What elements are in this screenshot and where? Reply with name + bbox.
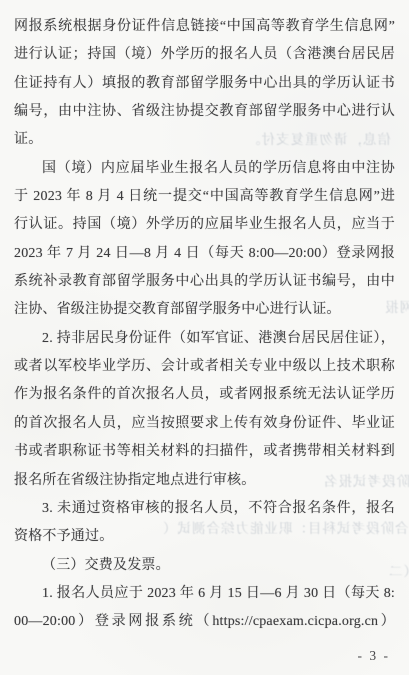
text-line: 或者以军校毕业学历、会计或者相关专业中级以上技术职称 [14, 353, 395, 381]
text-line: 00—20:00）登录网报系统（https://cpaexam.cicpa.or… [14, 608, 395, 636]
text-line: 系统补录教育部留学服务中心出具的学历认证书编号，由中 [14, 268, 395, 296]
text-line: 的首次报名人员，应当按照要求上传有效身份证件、毕业证 [14, 410, 395, 438]
text-line: 于 2023 年 8 月 4 日统一提交“中国高等教育学生信息网”进 [14, 183, 395, 211]
text-line: 书或者职称证书等相关材料的扫描件，或者携带相关材料到 [14, 438, 395, 466]
text-line: 网报系统根据身份证件信息链接“中国高等教育学生信息网” [14, 13, 395, 41]
text-line: （三）交费及发票。 [14, 552, 395, 580]
text-line: 3. 未通过资格审核的报名人员，不符合报名条件，报名 [14, 495, 395, 523]
text-line: 进行认证；持国（境）外学历的报名人员（含港澳台居民居 [14, 41, 395, 69]
text-line: 编号，由中注协、省级注协提交教育部留学服务中心进行认 [14, 98, 395, 126]
text-line: 住证持有人）填报的教育部留学服务中心出具的学历认证书 [14, 70, 395, 98]
document-text: 网报系统根据身份证件信息链接“中国高等教育学生信息网”进行认证；持国（境）外学历… [14, 13, 395, 637]
text-line: 作为报名条件的首次报名人员，或者网报系统无法认证学历 [14, 381, 395, 409]
text-line: 行认证。持国（境）外学历的应届毕业生报名人员，应当于 [14, 211, 395, 239]
text-line: 注协、省级注协提交教育部留学服务中心进行认证。 [14, 296, 395, 324]
text-line: 资格不予通过。 [14, 523, 395, 551]
text-line: 国（境）内应届毕业生报名人员的学历信息将由中注协 [14, 155, 395, 183]
text-line: 证。 [14, 126, 395, 154]
page-number: - 3 - [358, 648, 391, 664]
text-line: 报名所在省级注协指定地点进行审核。 [14, 467, 395, 495]
text-line: 2023 年 7 月 24 日—8 月 4 日（每天 8:00—20:00）登录… [14, 240, 395, 268]
document-page: 网报系统根据身份证件信息链接“中国高等教育学生信息网”进行认证；持国（境）外学历… [14, 13, 395, 637]
text-line: 2. 持非居民身份证件（如军官证、港澳台居民居住证）， [14, 325, 395, 353]
text-line: 1. 报名人员应于 2023 年 6 月 15 日—6 月 30 日（每天 8: [14, 580, 395, 608]
